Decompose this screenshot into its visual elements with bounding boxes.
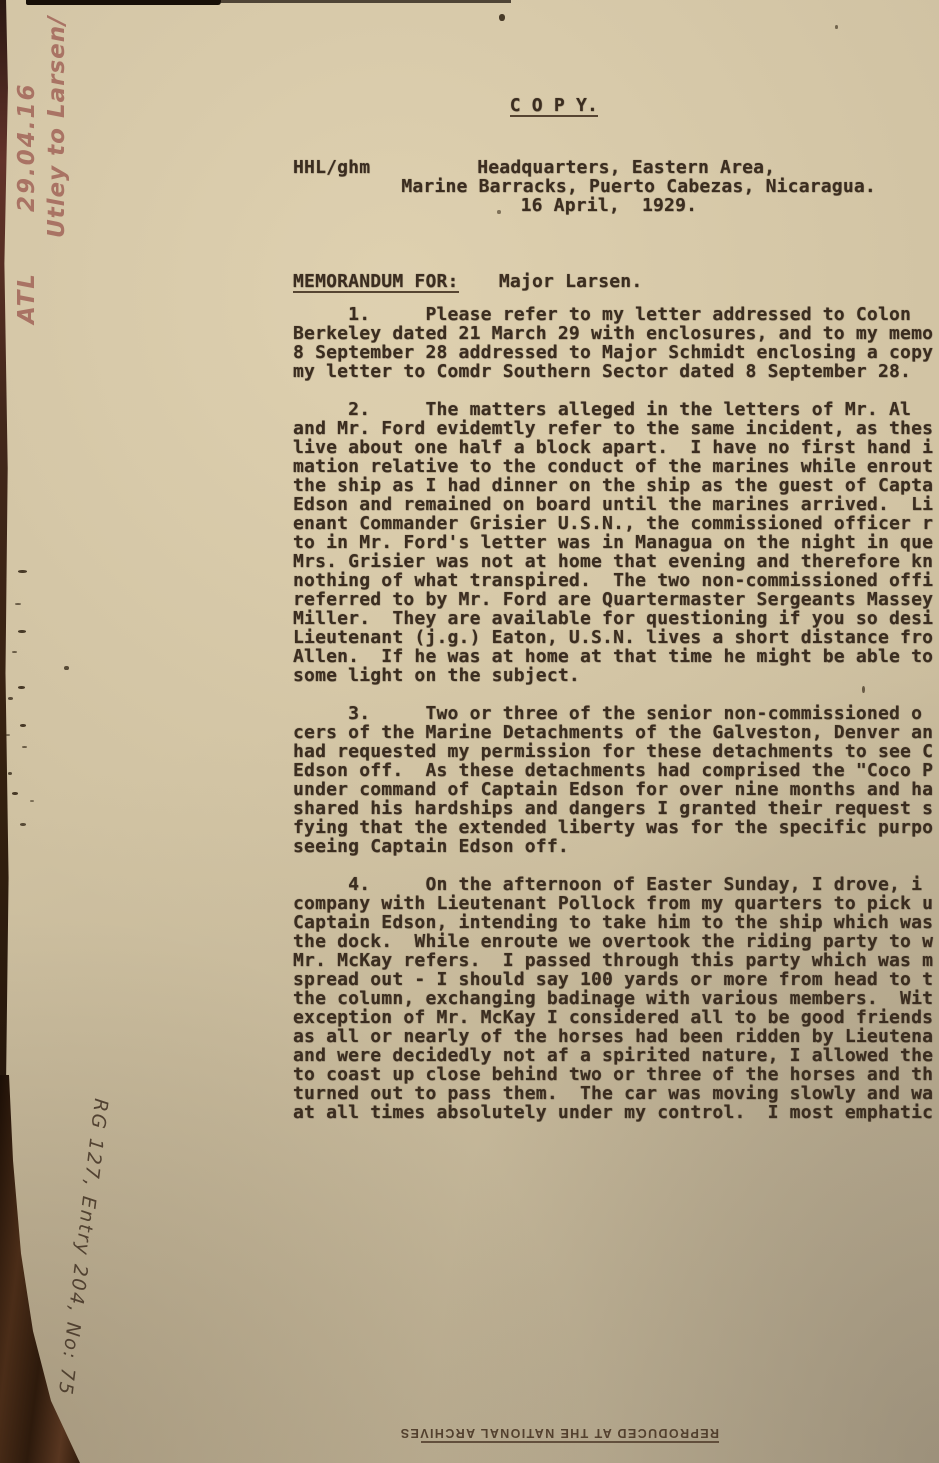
edge-mark	[12, 792, 18, 795]
typed-line: Captain Edson, intending to take him to …	[293, 913, 939, 932]
edge-mark	[18, 686, 25, 689]
typed-line: 1. Please refer to my letter addressed t…	[293, 305, 939, 324]
ink-speck	[862, 686, 865, 693]
ink-speck	[497, 210, 501, 214]
typed-line: under command of Captain Edson for over …	[293, 780, 939, 799]
paragraph: 1. Please refer to my letter addressed t…	[293, 305, 939, 381]
typed-line: live about one half a block apart. I hav…	[293, 438, 939, 457]
typed-line: to coast up close behind two or three of…	[293, 1065, 939, 1084]
edge-mark	[22, 746, 27, 748]
typed-line: and were decidedly not af a spirited nat…	[293, 1046, 939, 1065]
edge-mark	[12, 651, 17, 653]
page-top-edge-shadow	[26, 0, 221, 5]
edge-mark	[18, 570, 27, 573]
typed-line: some light on the subject.	[293, 666, 939, 685]
address-line-2: Marine Barracks, Puerto Cabezas, Nicarag…	[293, 177, 939, 196]
edge-mark	[15, 603, 21, 605]
handwritten-margin-note-names: Utley to Larsen/	[44, 15, 70, 238]
handwritten-archive-reference: RG 127, Entry 204, No: 75	[54, 1097, 112, 1397]
date-line: 16 April, 1929.	[293, 196, 939, 215]
typed-line: enant Commander Grisier U.S.N., the comm…	[293, 514, 939, 533]
edge-mark	[20, 724, 26, 727]
body-paragraphs: 1. Please refer to my letter addressed t…	[293, 305, 939, 1141]
typed-line: nothing of what transpired. The two non-…	[293, 571, 939, 590]
memorandum-recipient: Major Larsen.	[499, 272, 642, 291]
typed-line: turned out to pass them. The car was mov…	[293, 1084, 939, 1103]
typed-line: mation relative to the conduct of the ma…	[293, 457, 939, 476]
ink-speck	[835, 25, 838, 29]
paragraph: 3. Two or three of the senior non-commis…	[293, 704, 939, 856]
edge-mark	[6, 734, 10, 736]
copy-heading: C O P Y.	[510, 96, 598, 117]
edge-mark	[8, 772, 12, 775]
edge-mark	[18, 630, 26, 633]
edge-mark	[64, 666, 69, 670]
memorandum-label: MEMORANDUM FOR:	[293, 272, 459, 293]
typed-line: had requested my permission for these de…	[293, 742, 939, 761]
typed-line: and Mr. Ford evidemtly refer to the same…	[293, 419, 939, 438]
typed-line: Miller. They are available for questioni…	[293, 609, 939, 628]
typed-line: spread out - I should say 100 yards or m…	[293, 970, 939, 989]
typed-line: to in Mr. Ford's letter was in Managua o…	[293, 533, 939, 552]
address-line-2-text: Marine Barracks, Puerto Cabezas, Nicarag…	[401, 177, 876, 196]
typed-line: Mrs. Grisier was not at home that evenin…	[293, 552, 939, 571]
typed-line: 3. Two or three of the senior non-commis…	[293, 704, 939, 723]
edge-mark	[20, 823, 26, 826]
typed-line: seeing Captain Edson off.	[293, 837, 939, 856]
ink-speck	[499, 14, 505, 21]
typed-line: Edson off. As these detachments had comp…	[293, 761, 939, 780]
typed-line: cers of the Marine Detachments of the Ga…	[293, 723, 939, 742]
date-text: 16 April, 1929.	[521, 196, 698, 215]
typed-line: Lieutenant (j.g.) Eaton, U.S.N. lives a …	[293, 628, 939, 647]
paragraph: 4. On the afternoon of Easter Sunday, I …	[293, 875, 939, 1122]
typed-line: as all or nearly of the horses had been …	[293, 1027, 939, 1046]
typed-line: the ship as I had dinner on the ship as …	[293, 476, 939, 495]
typed-line: 8 September 28 addressed to Major Schmid…	[293, 343, 939, 362]
copy-heading-line: C O P Y.	[293, 96, 939, 115]
typed-line: the column, exchanging badinage with var…	[293, 989, 939, 1008]
typed-line: Mr. McKay refers. I passed through this …	[293, 951, 939, 970]
address-line-1: Headquarters, Eastern Area,	[477, 158, 775, 177]
typed-line: shared his hardships and dangers I grant…	[293, 799, 939, 818]
handwritten-margin-note-date: ATL 29.04.16	[14, 83, 40, 324]
typed-line: at all times absolutely under my control…	[293, 1103, 939, 1122]
edge-mark	[30, 800, 34, 802]
typed-line: referred to by Mr. Ford are Quartermaste…	[293, 590, 939, 609]
typed-line: my letter to Comdr Southern Sector dated…	[293, 362, 939, 381]
typed-line: the dock. While enroute we overtook the …	[293, 932, 939, 951]
typed-line: Edson and remained on board until the ma…	[293, 495, 939, 514]
paragraph: 2. The matters alleged in the letters of…	[293, 400, 939, 685]
typed-line: Allen. If he was at home at that time he…	[293, 647, 939, 666]
memorandum-line: MEMORANDUM FOR: Major Larsen.	[293, 272, 939, 291]
typed-line: 4. On the afternoon of Easter Sunday, I …	[293, 875, 939, 894]
typed-line: Berkeley dated 21 March 29 with enclosur…	[293, 324, 939, 343]
typed-line: company with Lieutenant Pollock from my …	[293, 894, 939, 913]
edge-mark	[8, 697, 13, 700]
typed-line: fying that the extended liberty was for …	[293, 818, 939, 837]
scanned-document-page: ATL 29.04.16 Utley to Larsen/ RG 127, En…	[0, 0, 939, 1463]
typist-reference: HHL/ghm	[293, 158, 370, 177]
typed-line: 2. The matters alleged in the letters of…	[293, 400, 939, 419]
reference-address-line: HHL/ghm Headquarters, Eastern Area,	[293, 158, 939, 177]
typed-document: C O P Y. HHL/ghm Headquarters, Eastern A…	[293, 0, 939, 1463]
typed-line: exception of Mr. McKay I considered all …	[293, 1008, 939, 1027]
